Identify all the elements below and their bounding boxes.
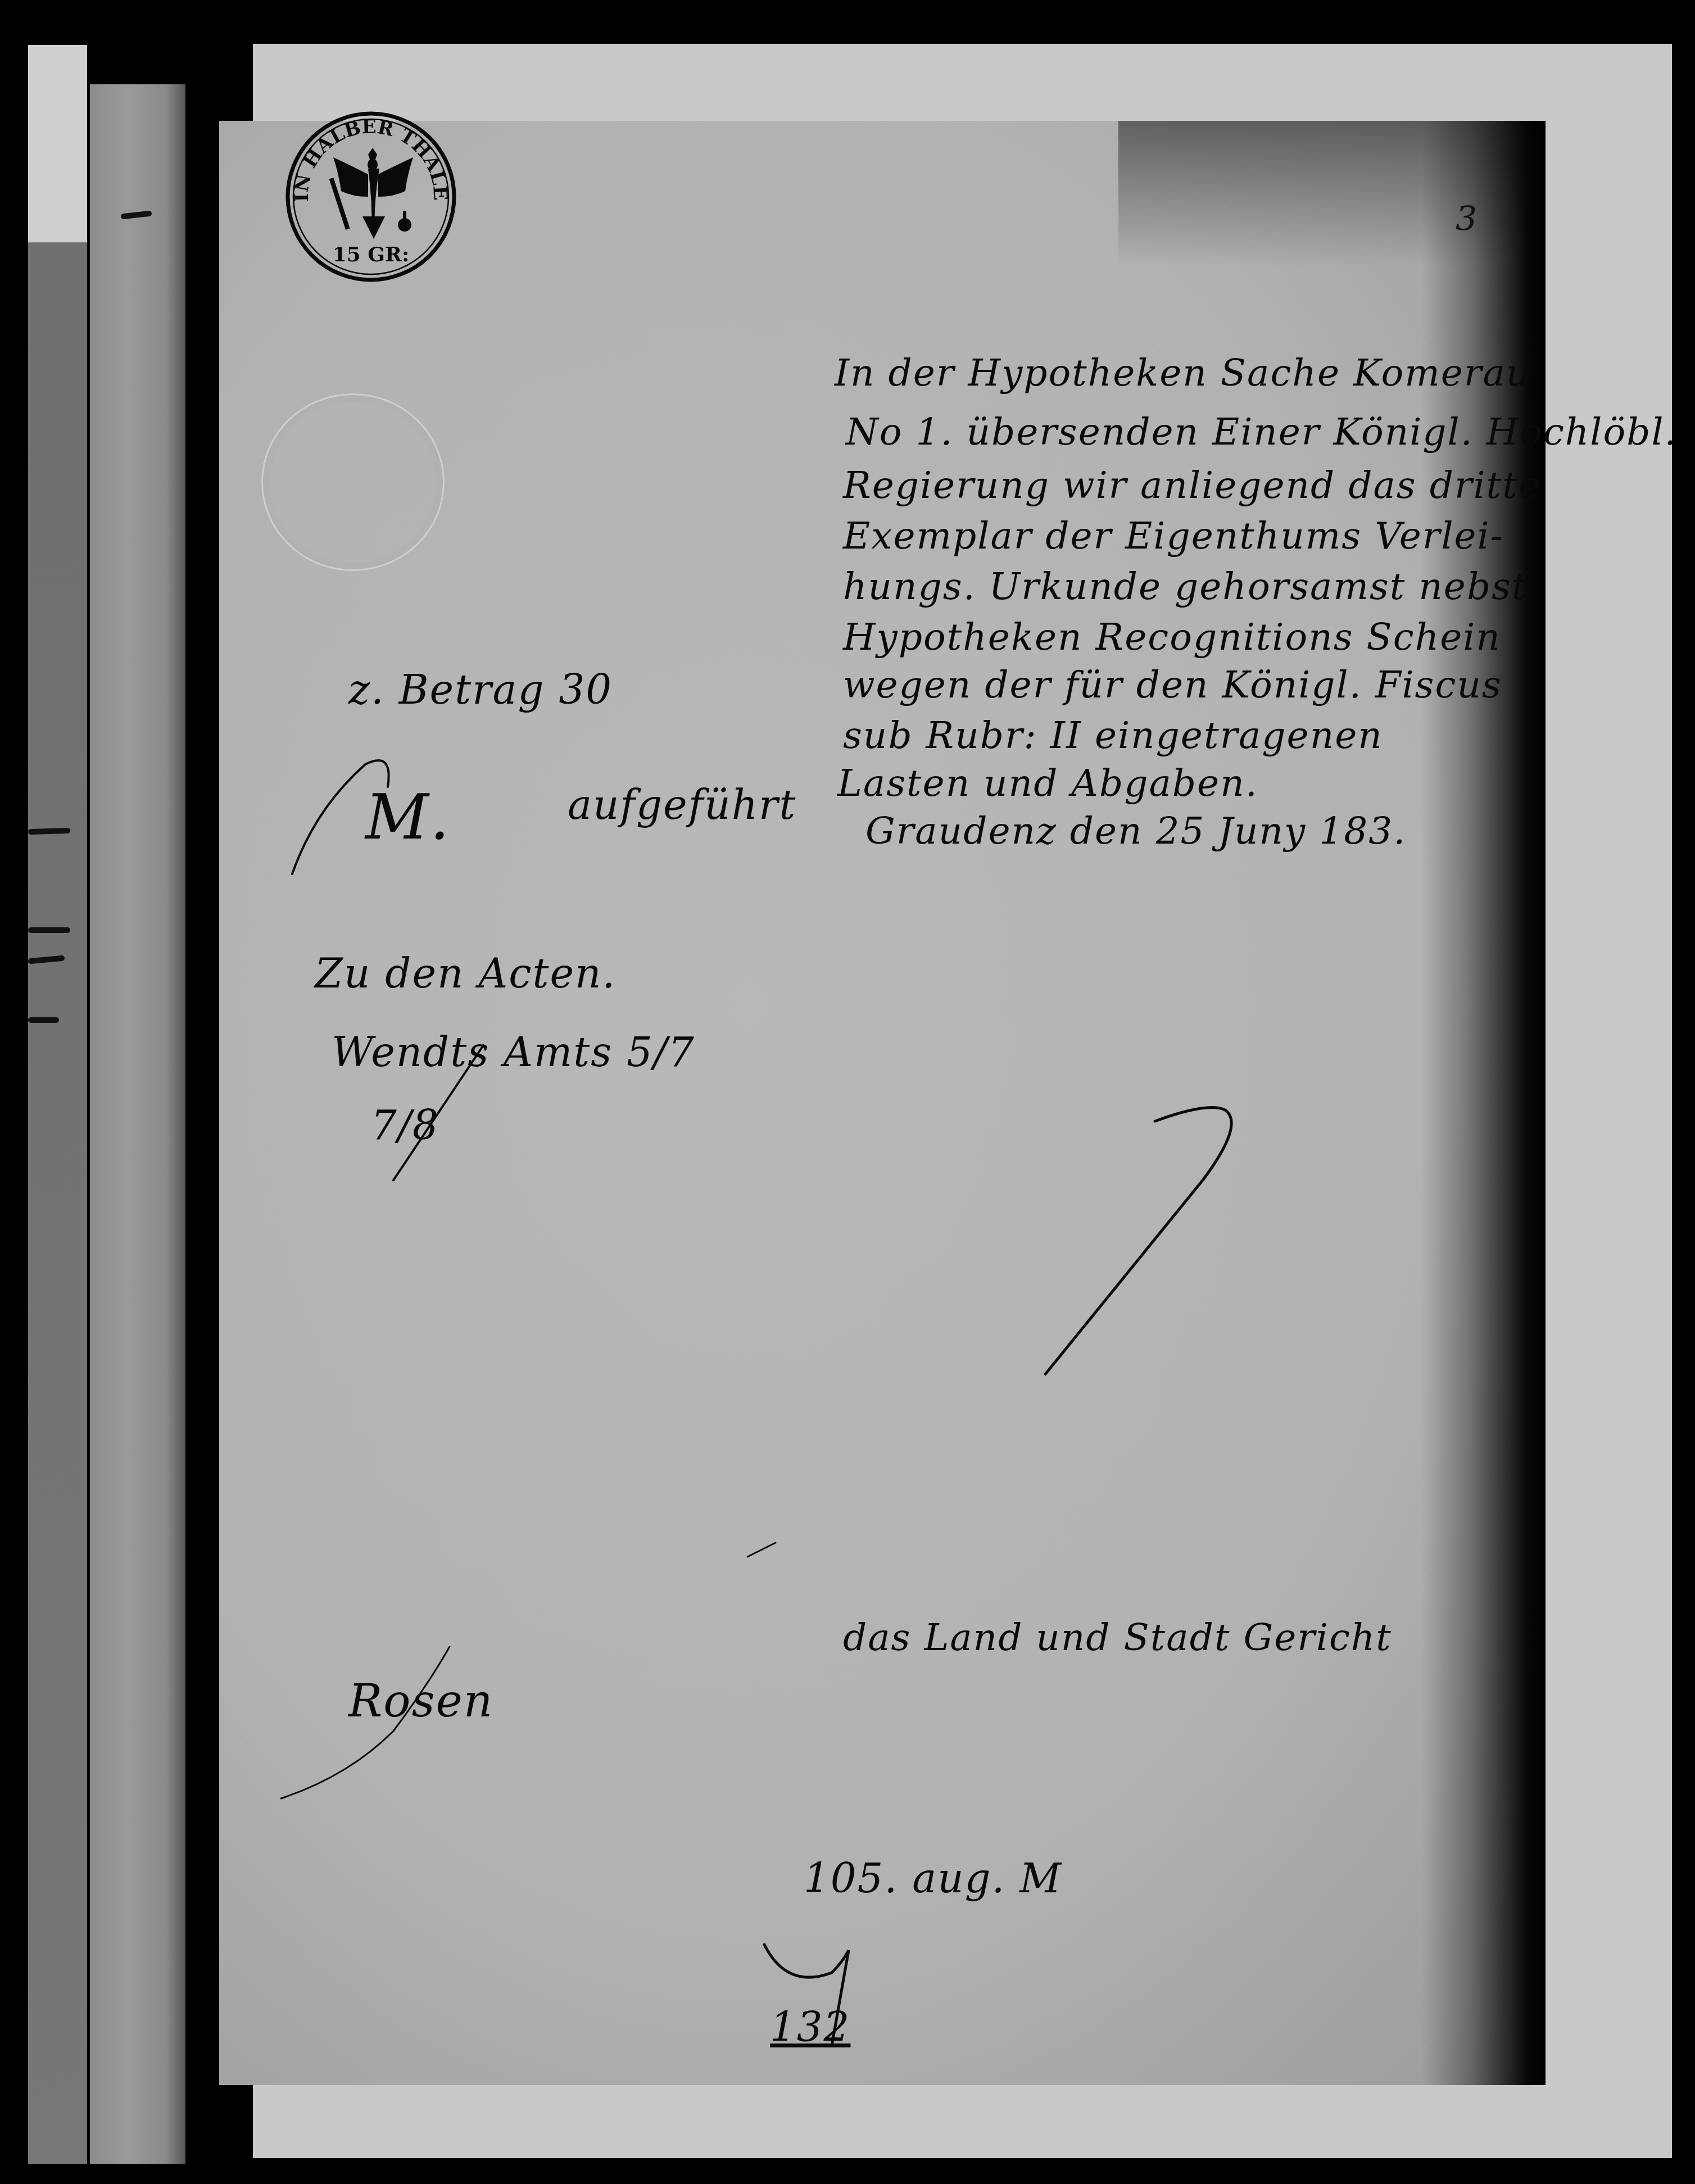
pen-strokes xyxy=(0,0,1695,2184)
